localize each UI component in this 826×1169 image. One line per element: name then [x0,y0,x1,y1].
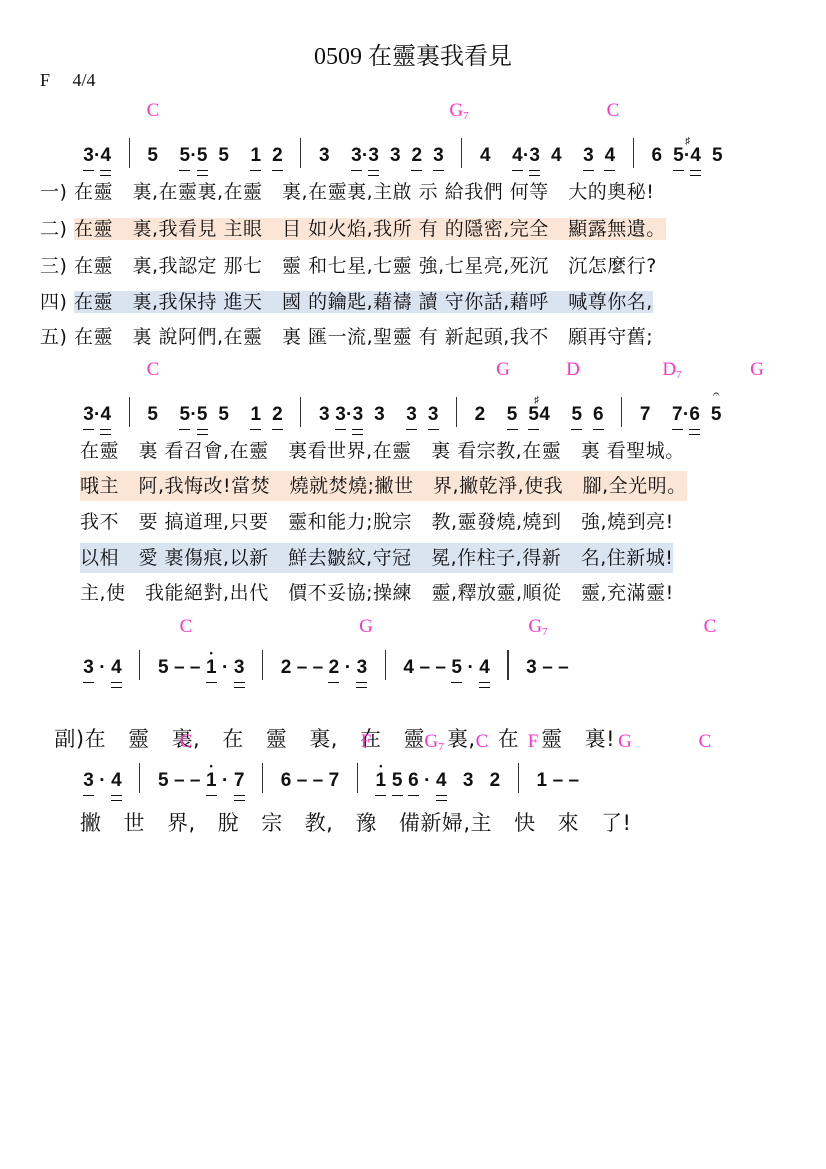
lyric-syllable: 脫 [218,811,240,835]
chord-symbol: G7 [528,616,547,638]
chord-symbol: F [361,731,372,753]
lyric-syllable: 世 [124,811,146,835]
lyric-syllable: 靈 [128,727,150,751]
lyric-syllable: 在 [85,727,107,751]
chord-symbol: C [699,731,712,753]
chord-symbol: C [704,616,717,638]
lyric-syllable: 了! [601,811,631,835]
key-time-signature: F 4/4 [40,70,96,91]
chord-symbol: G7 [424,731,443,753]
lyric-syllable: 裏! [585,727,615,751]
barline [129,138,130,168]
verse-4-line2: 以相 愛 裹傷痕,以新 鮮去皺紋,守冠 冕,作柱子,得新 名,住新城! [80,543,673,573]
lyric-syllable: 裏, [447,727,476,751]
chord-symbol: C [147,100,160,122]
key-signature: F [40,70,50,90]
lyric-syllable: 撇 [80,811,102,835]
chord-symbol: C [147,359,160,381]
system2-notation: 3·4 5 5·5 5 1 2 3 3·3 3 3 3 2 5 5♯4 5 6 … [83,397,722,427]
chord-symbol: D7 [662,359,681,381]
verse-2-line1: 二) 在靈 裏,我看見 主眼 目 如火焰,我所 有 的隱密,完全 顯露無遺。 [40,214,666,244]
chorus1-lyrics: 副)在靈裏,在靈裏,在靈裏,在靈裏! [40,694,637,724]
chord-symbol: C [476,731,489,753]
chord-symbol: G [750,359,764,381]
chord-symbol: C [607,100,620,122]
lyric-syllable: 備新婦,主 [399,811,492,835]
chord-symbol: C [180,731,193,753]
verse-5-line1: 五) 在靈 裏 說阿們,在靈 裏 匯一流,聖靈 有 新起頭,我不 願再守舊; [40,322,653,352]
verse-5-line2: 主,使 我能絕對,出代 價不妥協;操練 靈,釋放靈,順從 靈,充滿靈! [80,578,674,608]
chord-symbol: G [618,731,632,753]
song-title: 0509 在靈裏我看見 [0,36,826,71]
chord-symbol: G [496,359,510,381]
verse-3-line1: 三) 在靈 裏,我認定 那七 靈 和七星,七靈 強,七星亮,死沉 沉怎麼行? [40,251,657,281]
system1-notation: 3·4 5 5·5 5 1 2 3 3·3 3 2 3 4 4·3 4 3 4 … [83,138,723,168]
fermata-icon: 𝄐 [713,387,720,402]
lyric-syllable: 靈 [403,727,425,751]
verse-4-line1: 四) 在靈 裏,我保持 進天 國 的鑰匙,藉禱 讀 守你話,藉呼 喊尊你名, [40,287,653,317]
chord-symbol: C [180,616,193,638]
verse-1-line1: 一) 在靈 裏,在靈裏,在靈 裏,在靈裏,主啟 示 給我們 何等 大的奧秘! [40,177,654,207]
verse-1-line2: 在靈 裏 看召會,在靈 裏看世界,在靈 裏 看宗教,在靈 裏 看聖城。 [80,436,685,466]
lyric-syllable: 在 [498,727,520,751]
lyric-syllable: 界, [167,811,196,835]
chord-symbol: G [359,616,373,638]
lyric-syllable: 教, [305,811,334,835]
chorus1-notation: 3 · 4 5 – – •1 · 3 2 – – 2 · 3 4 – – 5 ·… [83,650,569,680]
lyric-syllable: 快 [514,811,536,835]
verse-2-line2: 哦主 阿,我悔改!當焚 燒就焚燒;撇世 界,撇乾淨,使我 腳,全光明。 [80,471,687,501]
lyric-syllable: 宗 [261,811,283,835]
lyric-syllable: 在 [222,727,244,751]
chord-symbol: D [566,359,580,381]
lyric-syllable: 裏, [309,727,338,751]
chorus2-notation: 3 · 4 5 – – •1 · 7 6 – – 7 •1 5 6 · 4 3 … [83,763,579,793]
lyric-syllable: 來 [558,811,580,835]
chorus2-lyrics: 撇世界,脫宗教,豫備新婦,主快來了! [80,808,653,838]
lyric-syllable: 豫 [355,811,377,835]
verse-3-line2: 我不 要 搞道理,只要 靈和能力;脫宗 教,靈發燒,燒到 強,燒到亮! [80,507,674,537]
time-signature: 4/4 [73,70,96,90]
lyric-syllable: 靈 [266,727,288,751]
chord-symbol: F [528,731,539,753]
chord-symbol: G7 [449,100,468,122]
lyric-syllable: 靈 [541,727,563,751]
